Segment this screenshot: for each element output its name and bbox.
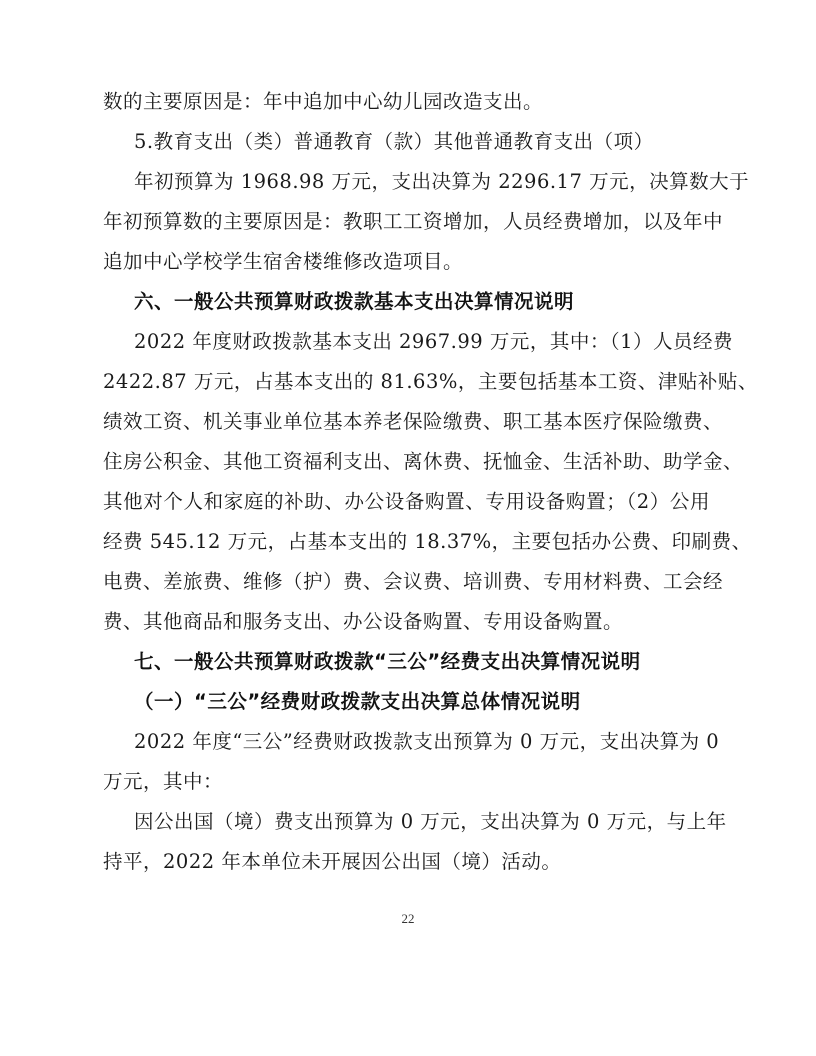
paragraph-line: 持平，2022 年本单位未开展因公出国（境）活动。 (103, 847, 710, 877)
paragraph-line: 电费、差旅费、维修（护）费、会议费、培训费、专用材料费、工会经 (103, 567, 710, 597)
paragraph-line: 年初预算数的主要原因是：教职工工资增加，人员经费增加，以及年中 (103, 207, 710, 237)
paragraph-line: 其他对个人和家庭的补助、办公设备购置、专用设备购置；（2）公用 (103, 487, 710, 517)
paragraph-line: 追加中心学校学生宿舍楼维修改造项目。 (103, 247, 710, 277)
paragraph-line: 住房公积金、其他工资福利支出、离休费、抚恤金、生活补助、助学金、 (103, 447, 710, 477)
paragraph-line: 绩效工资、机关事业单位基本养老保险缴费、职工基本医疗保险缴费、 (103, 407, 710, 437)
paragraph-line: 万元，其中： (103, 767, 710, 797)
section-heading-6: 六、一般公共预算财政拨款基本支出决算情况说明 (134, 287, 710, 317)
document-page: 数的主要原因是：年中追加中心幼儿园改造支出。 5.教育支出（类）普通教育（款）其… (0, 0, 816, 1056)
paragraph-line: 2022 年度财政拨款基本支出 2967.99 万元，其中：（1）人员经费 (134, 327, 710, 357)
subsection-heading-1: （一）“三公”经费财政拨款支出决算总体情况说明 (134, 687, 710, 717)
paragraph-line: 2022 年度“三公”经费财政拨款支出预算为 0 万元，支出决算为 0 (134, 727, 710, 757)
paragraph-line: 2422.87 万元，占基本支出的 81.63%，主要包括基本工资、津贴补贴、 (103, 367, 710, 397)
paragraph-line: 经费 545.12 万元，占基本支出的 18.37%，主要包括办公费、印刷费、 (103, 527, 710, 557)
page-number: 22 (0, 911, 816, 927)
paragraph-line: 费、其他商品和服务支出、办公设备购置、专用设备购置。 (103, 607, 710, 637)
subitem-title: 5.教育支出（类）普通教育（款）其他普通教育支出（项） (134, 127, 710, 157)
paragraph-line: 因公出国（境）费支出预算为 0 万元，支出决算为 0 万元，与上年 (134, 807, 710, 837)
paragraph-line: 数的主要原因是：年中追加中心幼儿园改造支出。 (103, 87, 710, 117)
section-heading-7: 七、一般公共预算财政拨款“三公”经费支出决算情况说明 (134, 647, 710, 677)
paragraph-line: 年初预算为 1968.98 万元，支出决算为 2296.17 万元，决算数大于 (134, 167, 710, 197)
